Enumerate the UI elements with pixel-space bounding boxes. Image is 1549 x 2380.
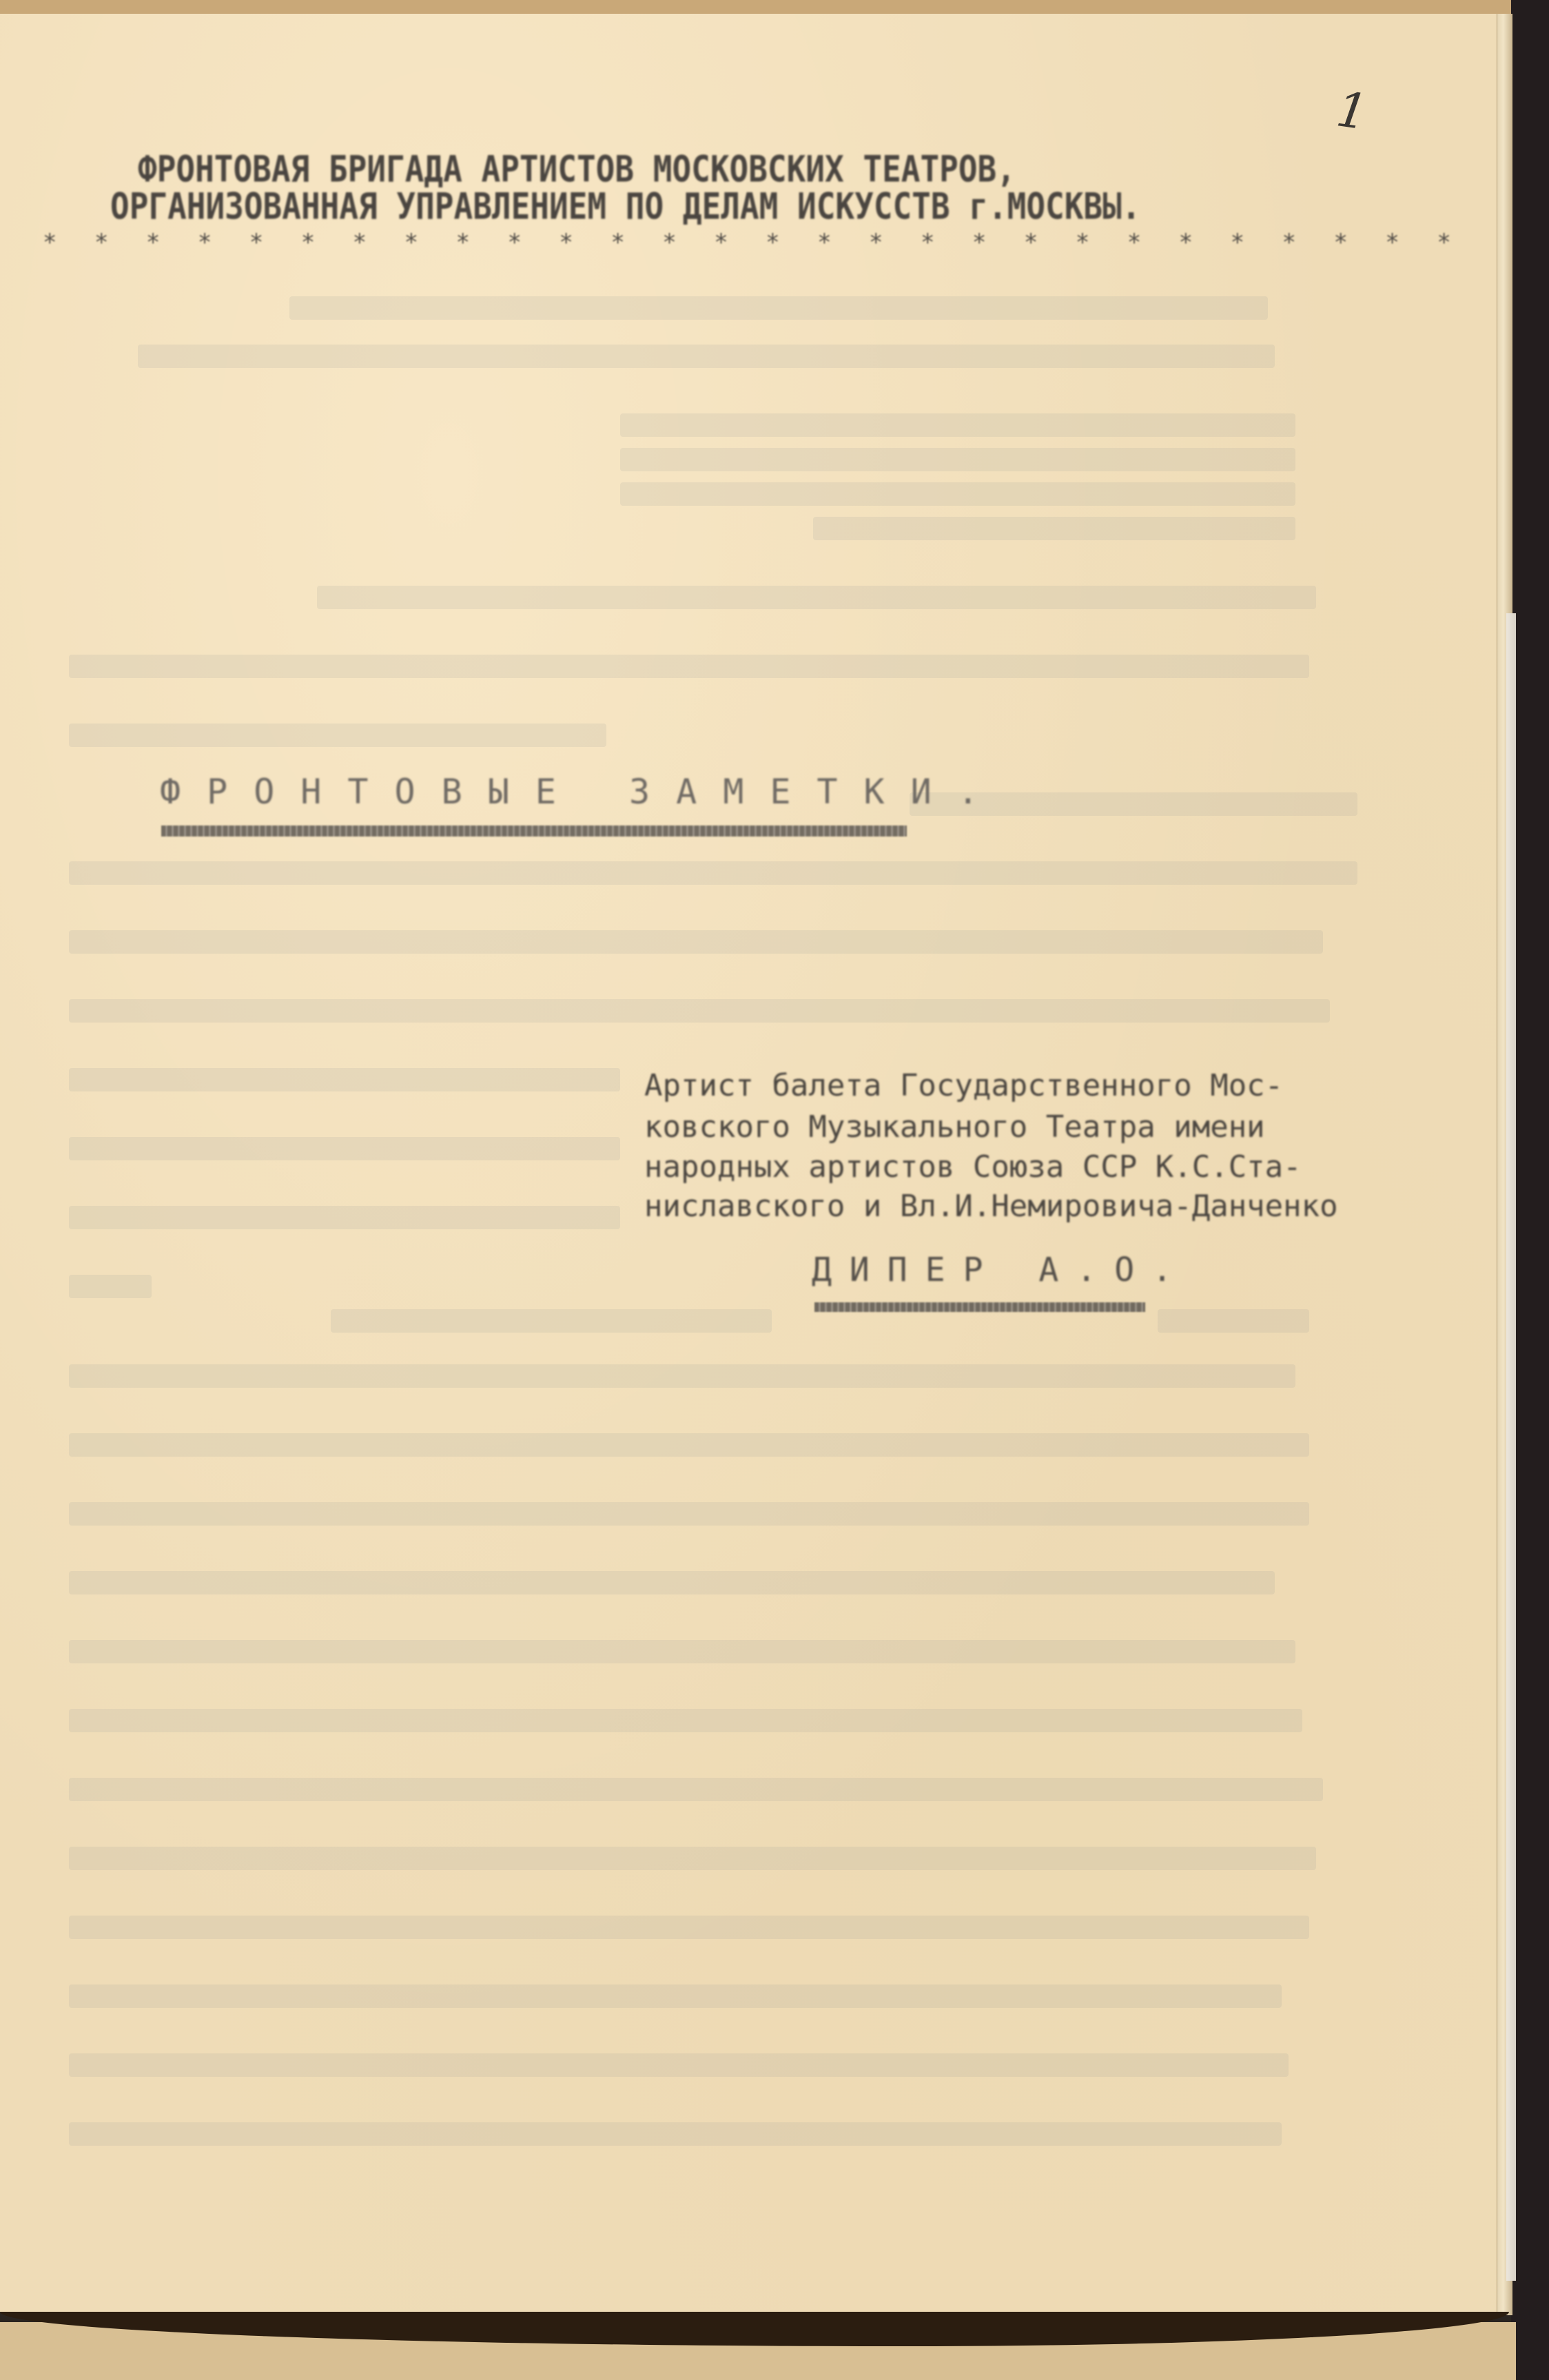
bleed-through-text (620, 482, 1295, 506)
bleed-through-text (69, 1502, 1309, 1526)
bleed-through-text (289, 296, 1268, 320)
bleed-through-text (69, 1709, 1302, 1732)
document-page: 1 ФРОНТОВАЯ БРИГАДА АРТИСТОВ МОСКОВСКИХ … (0, 14, 1497, 2312)
bleed-through-text (317, 586, 1316, 609)
page-edge-inner (1506, 613, 1516, 2281)
bleed-through-text (1158, 1309, 1309, 1333)
bleed-through-text (69, 1275, 152, 1298)
bleed-through-text (69, 1847, 1316, 1870)
binding-cover (1511, 0, 1549, 2380)
bleed-through-text (69, 1571, 1275, 1594)
author-line: Артист балета Государственного Мос- (644, 1068, 1283, 1103)
header-line-2: ОРГАНИЗОВАННАЯ УПРАВЛЕНИЕМ ПО ДЕЛАМ ИСКУ… (110, 185, 1141, 227)
bleed-through-text (69, 724, 606, 747)
bleed-through-text (813, 517, 1295, 540)
bleed-through-text (69, 2053, 1289, 2077)
bleed-through-text (69, 655, 1309, 678)
author-line: ковского Музыкального Театра имени (644, 1109, 1265, 1145)
bleed-through-text (69, 999, 1330, 1023)
page-number: 1 (1333, 81, 1372, 141)
bleed-through-text (69, 1206, 620, 1229)
author-line: ниславского и Вл.И.Немировича-Данченко (644, 1189, 1338, 1224)
bleed-through-text (69, 2122, 1282, 2146)
document-title: ФРОНТОВЫЕ ЗАМЕТКИ. (160, 772, 1005, 812)
author-line: народных артистов Союза ССР К.С.Ста- (644, 1149, 1302, 1184)
bleed-through-text (620, 448, 1295, 471)
bleed-through-text (69, 1068, 620, 1091)
header-separator: * * * * * * * * * * * * * * * * * * * * … (43, 229, 1463, 256)
bleed-through-text (331, 1309, 772, 1333)
header-line-1: ФРОНТОВАЯ БРИГАДА АРТИСТОВ МОСКОВСКИХ ТЕ… (138, 147, 1016, 190)
author-name-underline (814, 1302, 1145, 1312)
scan-backdrop-top (0, 0, 1516, 14)
bleed-through-text (69, 861, 1357, 885)
author-name: ДИПЕР А.О. (812, 1251, 1190, 1289)
bleed-through-text (69, 1916, 1309, 1939)
title-underline (161, 825, 907, 837)
bleed-through-text (69, 1364, 1295, 1388)
bleed-through-text (69, 1640, 1295, 1663)
bleed-through-text (138, 345, 1275, 368)
bleed-through-text (69, 1984, 1282, 2008)
bleed-through-text (620, 413, 1295, 437)
bleed-through-text (69, 930, 1323, 954)
bleed-through-text (69, 1778, 1323, 1801)
bleed-through-text (69, 1137, 620, 1160)
bleed-through-text (69, 1433, 1309, 1457)
